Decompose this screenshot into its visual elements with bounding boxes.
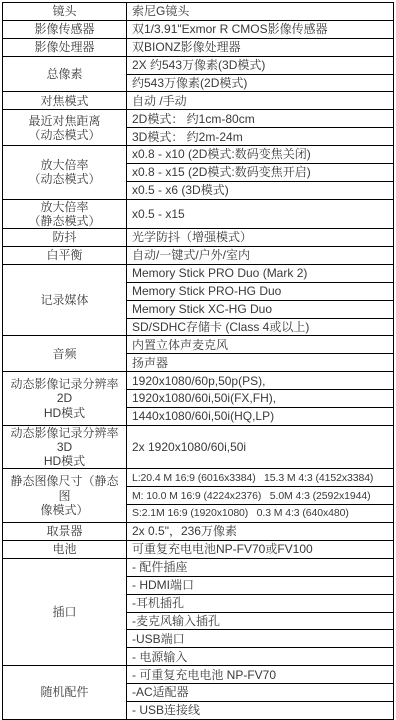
spec-value: -USB端口 <box>127 630 394 648</box>
spec-value: L:20.4 M 16:9 (6016x3384) 15.3 M 4:3 (41… <box>127 469 394 487</box>
spec-value: Memory Stick PRO-HG Duo <box>127 282 394 300</box>
spec-row: 对焦模式自动 /手动 <box>3 92 394 110</box>
spec-label: 放大倍率 （静态模式） <box>3 199 127 228</box>
spec-row: 防抖光学防抖（增强模式） <box>3 229 394 247</box>
spec-value: 1920x1080/60i,50i(FX,FH), <box>127 390 394 408</box>
spec-value: 光学防抖（增强模式） <box>127 229 394 247</box>
spec-value: - 配件插座 <box>127 558 394 576</box>
spec-value: 1440x1080/60i,50i(HQ,LP) <box>127 408 394 426</box>
spec-label: 影像传感器 <box>3 20 127 38</box>
spec-row: 镜头索尼G镜头 <box>3 3 394 21</box>
spec-label: 静态图像尺寸（静态图 像模式） <box>3 469 127 523</box>
spec-value: 2D模式： 约1cm-80cm <box>127 110 394 128</box>
spec-row: 动态影像记录分辨率 2D HD模式1920x1080/60p,50p(PS), <box>3 372 394 390</box>
spec-row: 放大倍率 （动态模式）x0.8 - x10 (2D模式:数码变焦关闭) <box>3 146 394 164</box>
spec-label: 白平衡 <box>3 247 127 265</box>
spec-label: 记录媒体 <box>3 264 127 336</box>
spec-value: -耳机插孔 <box>127 594 394 612</box>
spec-value: x0.5 - x6 (3D模式) <box>127 181 394 199</box>
spec-label: 动态影像记录分辨率3D HD模式 <box>3 425 127 468</box>
spec-value: 2X 约543万像素(3D模式) <box>127 56 394 74</box>
spec-row: 动态影像记录分辨率3D HD模式2x 1920x1080/60i,50i <box>3 425 394 468</box>
spec-row: 总像素2X 约543万像素(3D模式) <box>3 56 394 74</box>
spec-value: - 电源输入 <box>127 648 394 666</box>
spec-page: 镜头索尼G镜头影像传感器双1/3.91"Exmor R CMOS影像传感器影像处… <box>0 0 396 720</box>
spec-label: 插口 <box>3 558 127 665</box>
spec-value: SD/SDHC存储卡 (Class 4或以上) <box>127 318 394 336</box>
spec-row: 静态图像尺寸（静态图 像模式）L:20.4 M 16:9 (6016x3384)… <box>3 469 394 487</box>
spec-value: 3D模式： 约2m-24m <box>127 128 394 146</box>
spec-value: 扬声器 <box>127 354 394 372</box>
spec-value: x0.8 - x10 (2D模式:数码变焦关闭) <box>127 146 394 164</box>
spec-row: 音频内置立体声麦克风 <box>3 336 394 354</box>
spec-value: 双BIONZ影像处理器 <box>127 38 394 56</box>
spec-row: 记录媒体Memory Stick PRO Duo (Mark 2) <box>3 264 394 282</box>
spec-value: 2x 0.5"，236万像素 <box>127 523 394 541</box>
spec-label: 最近对焦距离 （动态模式） <box>3 110 127 146</box>
spec-value: -麦克风输入插孔 <box>127 612 394 630</box>
spec-row: 白平衡自动/一键式/户外/室内 <box>3 247 394 265</box>
spec-row: 影像传感器双1/3.91"Exmor R CMOS影像传感器 <box>3 20 394 38</box>
spec-value: 约543万像素(2D模式) <box>127 74 394 92</box>
spec-table-body: 镜头索尼G镜头影像传感器双1/3.91"Exmor R CMOS影像传感器影像处… <box>3 3 394 720</box>
spec-row: 影像处理器双BIONZ影像处理器 <box>3 38 394 56</box>
spec-row: 取景器2x 0.5"，236万像素 <box>3 523 394 541</box>
spec-value: - 可重复充电电池 NP-FV70 <box>127 666 394 684</box>
spec-value: 索尼G镜头 <box>127 3 394 21</box>
spec-value: Memory Stick XC-HG Duo <box>127 300 394 318</box>
spec-value: 1920x1080/60p,50p(PS), <box>127 372 394 390</box>
spec-value: Memory Stick PRO Duo (Mark 2) <box>127 264 394 282</box>
spec-label: 随机配件 <box>3 666 127 720</box>
spec-row: 插口- 配件插座 <box>3 558 394 576</box>
spec-row: 放大倍率 （静态模式）x0.5 - x15 <box>3 199 394 228</box>
spec-value: -AC适配器 <box>127 684 394 702</box>
spec-value: S:2.1M 16:9 (1920x1080) 0.3 M 4:3 (640x4… <box>127 505 394 523</box>
spec-row: 随机配件- 可重复充电电池 NP-FV70 <box>3 666 394 684</box>
spec-value: 2x 1920x1080/60i,50i <box>127 425 394 468</box>
spec-value: 内置立体声麦克风 <box>127 336 394 354</box>
spec-value: x0.8 - x15 (2D模式:数码变焦开启) <box>127 164 394 182</box>
spec-label: 对焦模式 <box>3 92 127 110</box>
spec-label: 放大倍率 （动态模式） <box>3 146 127 200</box>
spec-label: 取景器 <box>3 523 127 541</box>
spec-label: 音频 <box>3 336 127 372</box>
spec-row: 最近对焦距离 （动态模式）2D模式： 约1cm-80cm <box>3 110 394 128</box>
spec-label: 总像素 <box>3 56 127 92</box>
spec-value: 自动 /手动 <box>127 92 394 110</box>
spec-value: - USB连接线 <box>127 701 394 719</box>
spec-label: 影像处理器 <box>3 38 127 56</box>
spec-label: 防抖 <box>3 229 127 247</box>
spec-value: 双1/3.91"Exmor R CMOS影像传感器 <box>127 20 394 38</box>
spec-label: 动态影像记录分辨率 2D HD模式 <box>3 372 127 426</box>
spec-value: 可重复充电电池NP-FV70或FV100 <box>127 540 394 558</box>
spec-label: 镜头 <box>3 3 127 21</box>
spec-value: 自动/一键式/户外/室内 <box>127 247 394 265</box>
spec-value: x0.5 - x15 <box>127 199 394 228</box>
spec-value: - HDMI端口 <box>127 576 394 594</box>
spec-value: M: 10.0 M 16:9 (4224x2376) 5.0M 4:3 (259… <box>127 487 394 505</box>
spec-row: 电池可重复充电电池NP-FV70或FV100 <box>3 540 394 558</box>
spec-table: 镜头索尼G镜头影像传感器双1/3.91"Exmor R CMOS影像传感器影像处… <box>2 2 394 720</box>
spec-label: 电池 <box>3 540 127 558</box>
